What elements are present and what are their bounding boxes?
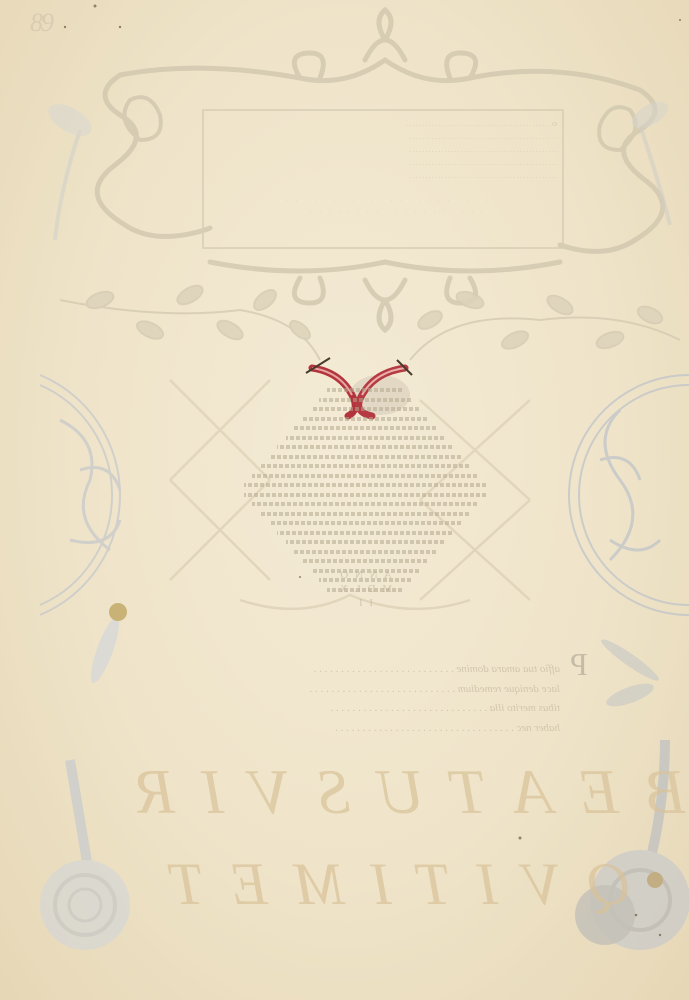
wasp-figure (598, 635, 662, 711)
large-script-row-2: Q V I T I M E T (165, 850, 631, 919)
fly-figure (86, 603, 127, 686)
bleed-line (253, 474, 478, 478)
bleed-line (303, 417, 428, 421)
manuscript-page: 89 (0, 0, 689, 1000)
bleed-line (261, 464, 469, 468)
center-date-bleed: A N N O M D L X I I (320, 568, 410, 610)
bleed-line (278, 531, 453, 535)
bleed-line (294, 550, 437, 554)
left-roundel (40, 375, 120, 615)
bleed-line: A N N O (320, 568, 410, 582)
title-box-bleed-text: O . . . . . . . . . . . . . . . . . . . … (212, 118, 557, 183)
dragonfly-figure (43, 98, 97, 240)
bleed-line (286, 436, 444, 440)
bleed-line (244, 483, 487, 487)
bleed-line (269, 455, 462, 459)
large-script-row-1: B E A T U S V I R (130, 755, 686, 829)
center-diamond-bleed-text (240, 388, 490, 597)
bleed-line: lace denique remedium . . . . . . . . . … (125, 680, 560, 700)
left-snail-figure (40, 760, 130, 950)
bleed-line: O . . . . . . . . . . . . . . . . . . . … (212, 118, 557, 131)
bleed-line (303, 559, 428, 563)
bleed-line: I I (320, 596, 410, 610)
lower-paragraph-bleed: affio tua amara domine . . . . . . . . .… (125, 660, 560, 738)
bleed-line: · · · · · · · · · · · · · · · · · · · · … (240, 196, 540, 207)
bleed-line: M D L X (320, 582, 410, 596)
bleed-line (311, 407, 419, 411)
bleed-line: . . . . . . . . . . . . . . . . . . . . … (212, 170, 557, 183)
bleed-line: . . . . . . . . . . . . . . . . . . . . … (212, 157, 557, 170)
bleed-line (244, 493, 487, 497)
bleed-line (253, 502, 478, 506)
title-box-caps-bleed: · · · · · · · · · · · · · · · · · · · · … (240, 196, 540, 218)
leafy-vine (60, 282, 680, 360)
bleed-line: . . . . . . . . . . . . . . . . . . . . … (212, 131, 557, 144)
bleed-line: . . . . . . . . . . . . . . . . . . . . … (212, 144, 557, 157)
bleed-line: · · · · · · · · · · · · · · · · · · · · (240, 207, 540, 218)
bleed-line: affio tua amara domine . . . . . . . . .… (125, 660, 560, 680)
bleed-line (328, 388, 403, 392)
bleed-line (269, 521, 462, 525)
drop-cap-bleed: P (570, 646, 588, 683)
bleed-line (278, 445, 453, 449)
bleed-line: tibus merito illa . . . . . . . . . . . … (125, 699, 560, 719)
bleed-line (319, 398, 412, 402)
bleed-line (294, 426, 437, 430)
bleed-line (286, 540, 444, 544)
right-roundel (569, 375, 689, 615)
bleed-line: haber nec . . . . . . . . . . . . . . . … (125, 719, 560, 739)
bleed-line (261, 512, 469, 516)
